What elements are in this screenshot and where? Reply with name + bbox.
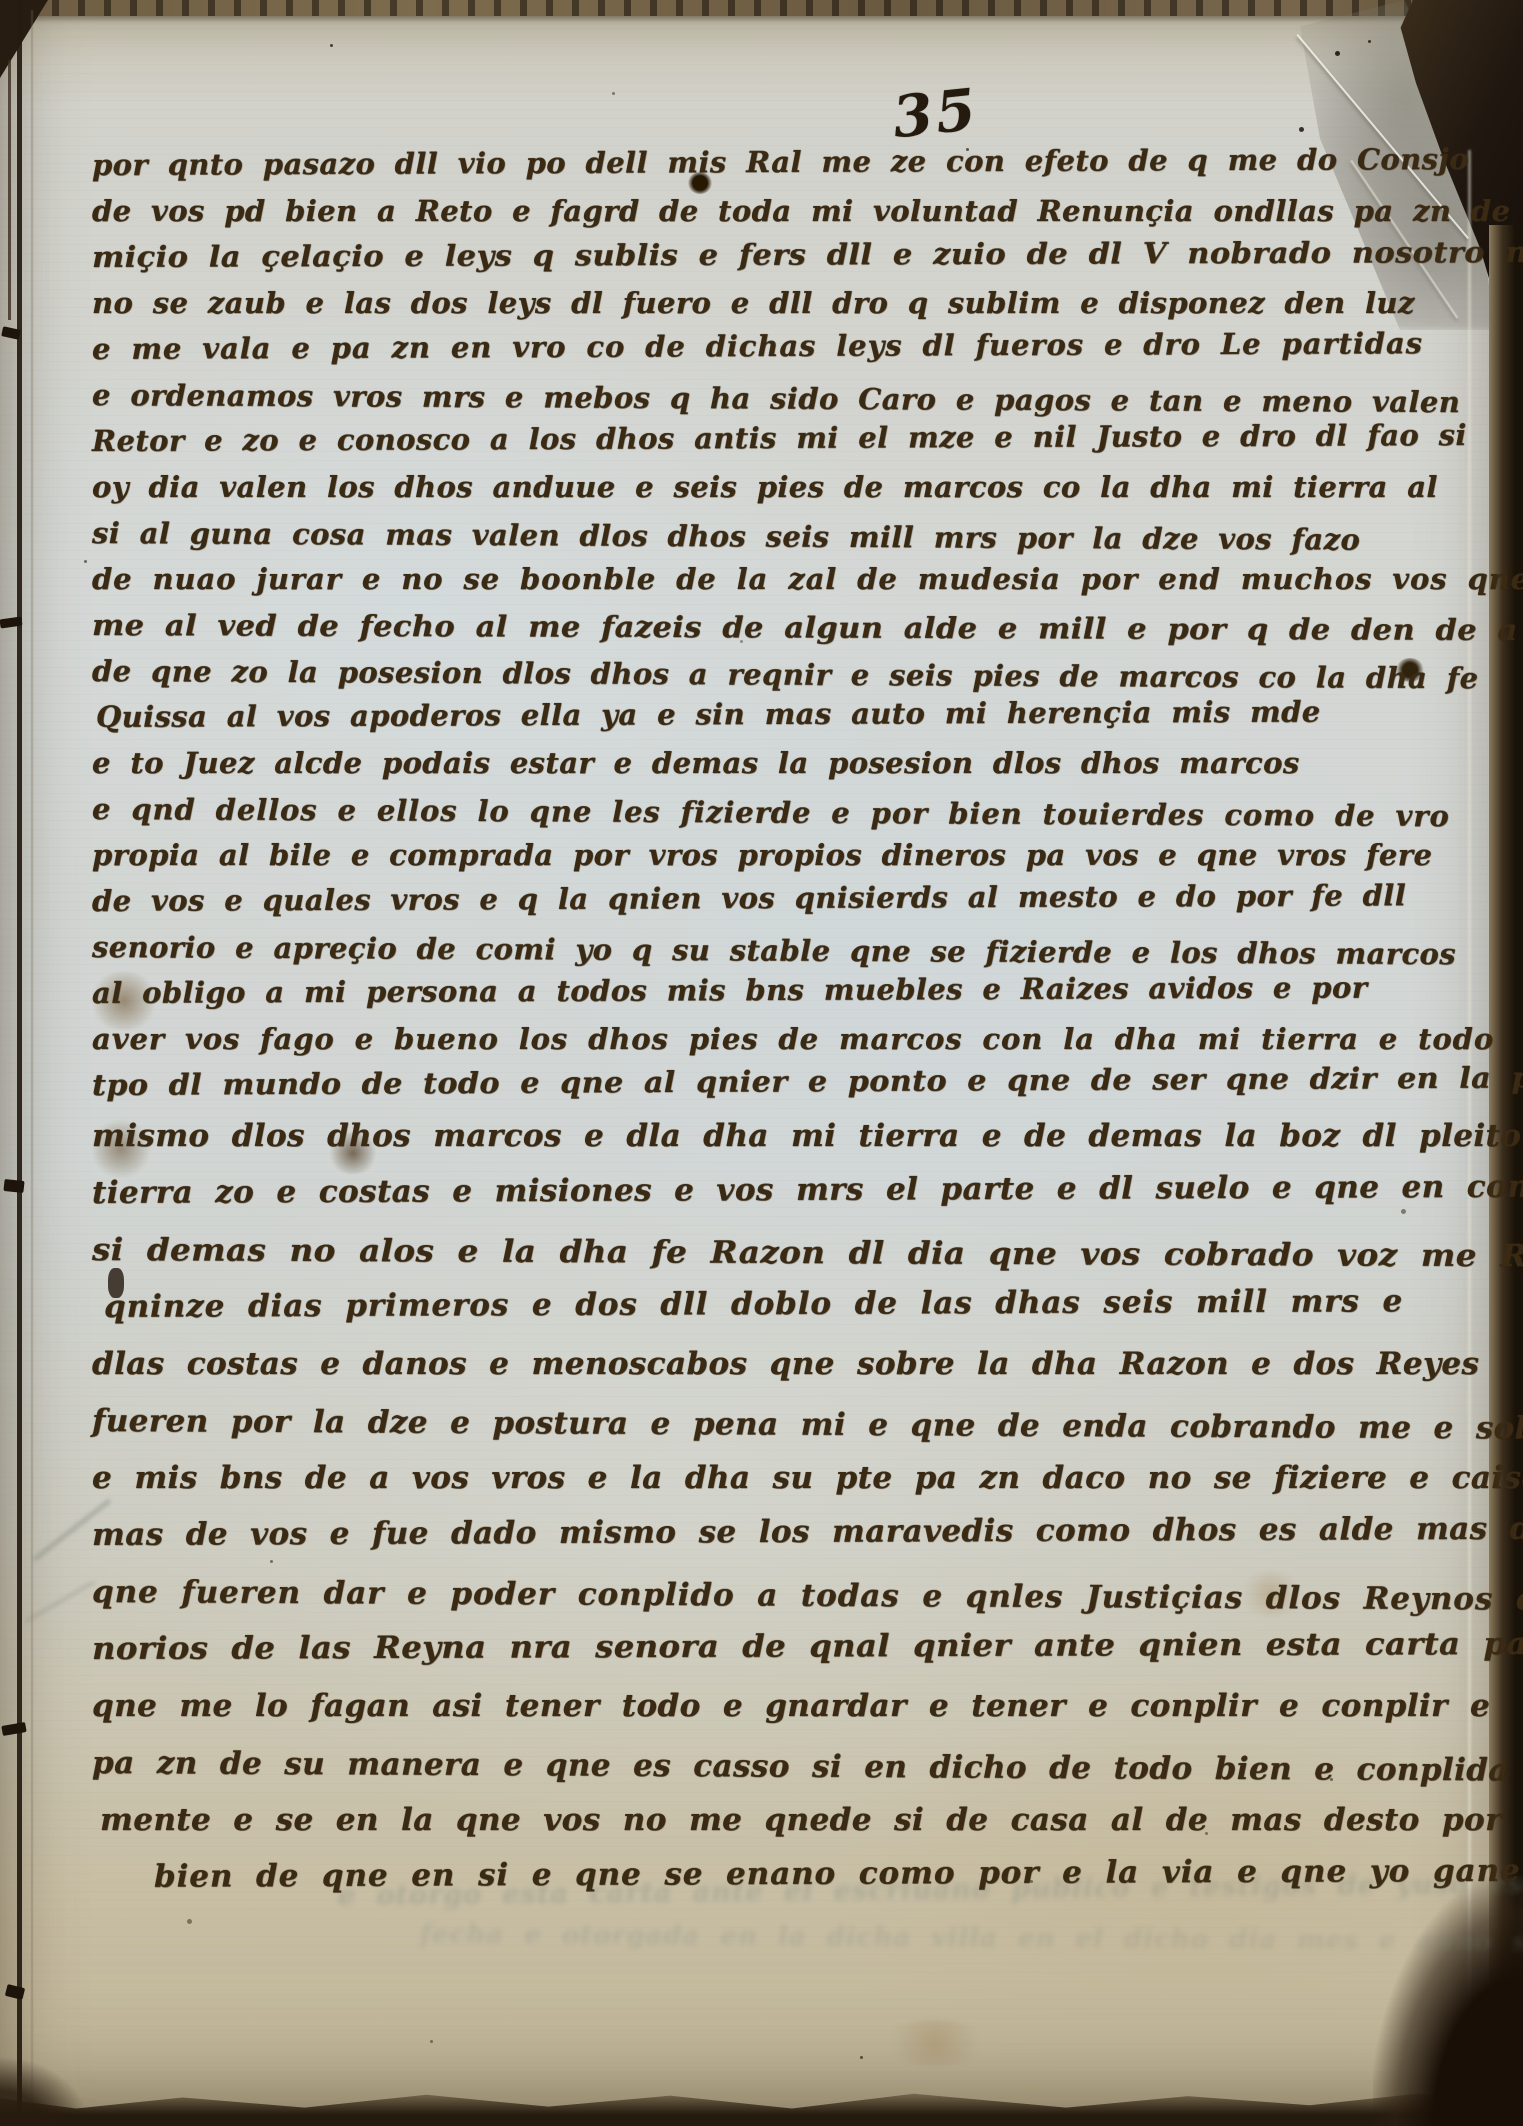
binding-stitch [3,1179,24,1193]
manuscript-line: fueren por la dze e postura e pena mi e … [92,1393,1482,1457]
manuscript-line: de nuao jurar e no se boonble de la zal … [92,556,1482,602]
manuscript-scan: e otorgo esta carta ante el escriuano pu… [0,0,1523,2126]
manuscript-line: de vos e quales vros e q la qnien vos qn… [92,872,1482,924]
manuscript-line: mismo dlos dhos marcos e dla dha mi tier… [92,1108,1482,1165]
manuscript-line: por qnto pasazo dll vio po dell mis Ral … [92,136,1482,188]
manuscript-line: propia al bile e comprada por vros propi… [92,832,1482,878]
manuscript-line: al obligo a mi persona a todos mis bns m… [92,964,1482,1016]
book-top-edge [0,0,1523,16]
manuscript-line: qne me lo fagan asi tener todo e gnardar… [92,1678,1482,1735]
manuscript-line: Retor e zo e conosco a los dhos antis mi… [92,412,1482,464]
manuscript-line: de vos pd bien a Reto e fagrd de toda mi… [92,188,1482,234]
manuscript-line: tierra zo e costas e misiones e vos mrs … [92,1159,1482,1222]
manuscript-line: norios de las Reyna nra senora de qnal q… [92,1616,1523,1678]
manuscript-text-block: por qnto pasazo dll vio po dell mis Ral … [92,142,1482,1906]
manuscript-line: e mis bns de a vos vros e la dha su pte … [92,1450,1482,1507]
manuscript-line: Quissa al vos apoderos ella ya e sin mas… [92,688,1482,740]
left-page-fold-crease [31,10,33,2126]
binding-gutter-line-upper [8,60,11,320]
manuscript-line: e me vala e pa zn en vro co de dichas le… [92,320,1482,372]
manuscript-line: tpo dl mundo de todo e qne al qnier e po… [92,1054,1523,1108]
manuscript-line: miçio la çelaçio e leys q sublis e fers … [92,229,1523,280]
manuscript-line: pa zn de su manera e qne es casso si en … [92,1735,1482,1799]
dirt-specks [0,0,3,3]
manuscript-line: mas de vos e fue dado mismo se los marav… [92,1501,1482,1564]
manuscript-line: bien de qne en si e qne se enano como po… [92,1843,1482,1906]
manuscript-line: mente e se en la qne vos no me qnede si … [92,1792,1482,1849]
bottom-right-dark-corner [1373,1876,1523,2126]
manuscript-line: e to Juez alcde podais estar e demas la … [92,740,1482,786]
binding-gutter-line [17,0,22,2126]
manuscript-line: qninze dias primeros e dos dll doblo de … [92,1273,1482,1336]
manuscript-line: no se zaub e las dos leys dl fuero e dll… [92,280,1482,326]
manuscript-line: dlas costas e danos e menoscabos qne sob… [92,1336,1482,1393]
manuscript-line: oy dia valen los dhos anduue e seis pies… [92,464,1482,510]
manuscript-line: me al ved de fecho al me fazeis de algun… [92,602,1523,653]
bottom-left-dark-corner [0,2056,90,2126]
